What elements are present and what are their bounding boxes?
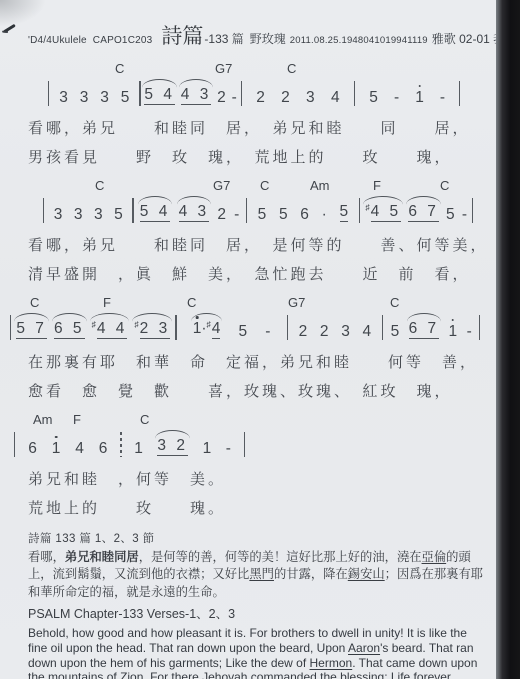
- note: -: [465, 324, 474, 340]
- music-systems: CG7C33355 44 32-22345-1-看哪，弟兄 和睦同 居， 弟兄和…: [28, 61, 488, 518]
- notation-row: 33355 44 32-22345-1-: [48, 78, 488, 109]
- lyric-line: 在那裏有耶 和華 命 定福，弟兄和睦 何等 善，: [28, 351, 488, 372]
- page-title: 詩篇: [161, 20, 203, 50]
- note: 6: [298, 207, 311, 223]
- sharp-accidental: ♯: [207, 320, 211, 329]
- note-number: 3: [54, 207, 63, 223]
- lyric-line: 荒地上的 玫 瑰。: [28, 497, 488, 518]
- note: 4 3: [177, 204, 212, 222]
- chord-label: Am: [33, 412, 53, 427]
- measure: 13 21-: [122, 429, 244, 460]
- notation-row: 5 76 5♯4 4♯2 31·♯45-223456 71-: [10, 312, 488, 343]
- text-segment: 錫安山: [348, 567, 385, 581]
- note: -: [460, 207, 469, 223]
- measure: 5 76 5♯4 4♯2 3: [11, 312, 175, 343]
- chord-label: Am: [310, 178, 330, 193]
- text-segment: 的甘露，降在: [274, 567, 348, 581]
- note-number: 6 7: [408, 204, 439, 222]
- measure: 56 71-: [383, 312, 479, 343]
- text-segment: 看哪，: [28, 550, 65, 564]
- note: 3: [52, 207, 65, 223]
- tuning-label: 'D4/4Ukulele: [28, 35, 87, 46]
- text-segment: 亞倫: [422, 550, 447, 564]
- measure: 3335: [49, 78, 139, 109]
- note-number: -: [226, 441, 231, 457]
- note-number: 5: [446, 207, 455, 223]
- note: 6: [26, 441, 39, 457]
- note-number: 6: [300, 207, 309, 223]
- note-number: 2: [217, 207, 226, 223]
- note-number: 6: [28, 441, 37, 457]
- note-number: 4 3: [179, 204, 210, 222]
- note-number: 5: [114, 207, 123, 223]
- note: 3: [72, 207, 85, 223]
- measure: 6146: [15, 429, 120, 460]
- note: -: [263, 324, 272, 340]
- note: 3: [304, 90, 317, 106]
- note-number: 2: [217, 90, 226, 106]
- note-number: 4 5: [371, 204, 402, 222]
- note: 4 3: [179, 87, 214, 105]
- note-number: 5: [369, 90, 378, 106]
- text-segment: ，是何等的善，何等的美！這好比那上好的油，澆在: [139, 550, 422, 564]
- note-number: -: [440, 90, 445, 106]
- note: -: [438, 90, 447, 106]
- text-segment: 黑門: [249, 567, 274, 581]
- note: 1: [413, 90, 426, 106]
- note: 1: [447, 324, 460, 340]
- note: 2: [297, 324, 310, 340]
- lyric-line: 弟兄和睦 ，何等 美。: [28, 468, 488, 489]
- english-verse-text: Behold, how good and how pleasant it is.…: [28, 626, 488, 679]
- measure: 5-1-: [355, 78, 459, 109]
- note-number: 3: [100, 90, 109, 106]
- note-number: 5: [340, 204, 349, 222]
- lyric-line: 清早盛開 ，眞 鮮 美， 急忙跑去 近 前 看，: [28, 263, 488, 284]
- note-number: 5: [279, 207, 288, 223]
- measure: 2234: [288, 312, 382, 343]
- note-number: 4 3: [181, 87, 212, 105]
- note-number: 3: [306, 90, 315, 106]
- note-number: -: [232, 90, 237, 106]
- note: -: [224, 441, 233, 457]
- text-segment: . For there Jehovah commanded the blessi…: [143, 670, 453, 679]
- note-number: 5 4: [144, 87, 175, 105]
- note: 5: [256, 207, 269, 223]
- note: 6 7: [406, 204, 441, 222]
- chinese-verse-reference: 詩篇 133 篇 1、2、3 節: [28, 530, 488, 546]
- measure: 5 44 32-: [134, 195, 246, 226]
- note-number: 2: [256, 90, 265, 106]
- note-number: 6 5: [54, 321, 85, 339]
- chord-label: C: [30, 295, 39, 310]
- note-number: 3 2: [157, 438, 188, 456]
- song-title: 野玫瑰: [250, 30, 286, 47]
- note-number: 4: [212, 321, 221, 339]
- title-suffix: -133 篇: [204, 30, 243, 47]
- note: 5: [237, 324, 250, 340]
- music-system: AmFC614613 21-弟兄和睦 ，何等 美。荒地上的 玫 瑰。: [28, 412, 488, 518]
- note: 5: [389, 324, 402, 340]
- note-number: 2: [281, 90, 290, 106]
- note: 5 4: [138, 204, 173, 222]
- english-verse-reference: PSALM Chapter-133 Verses-1、2、3: [28, 604, 488, 622]
- chord-label: C: [115, 61, 124, 76]
- note: 1: [201, 441, 214, 457]
- note: 4: [361, 324, 374, 340]
- note: 3 2: [155, 438, 190, 456]
- chord-label: G7: [213, 178, 230, 193]
- note: 1: [50, 441, 63, 457]
- music-system: CG7C33355 44 32-22345-1-看哪，弟兄 和睦同 居， 弟兄和…: [28, 61, 488, 167]
- measure: 5 44 32-: [141, 78, 241, 109]
- note-number: 3: [80, 90, 89, 106]
- barline: [472, 198, 473, 223]
- note: ♯2 3: [132, 321, 172, 339]
- note: 5 4: [142, 87, 177, 105]
- chord-label: C: [95, 178, 104, 193]
- note-number: 5: [239, 324, 248, 340]
- scan-edge: [496, 0, 520, 679]
- note-number: 1: [415, 90, 424, 106]
- note-number: 4: [75, 441, 84, 457]
- measure: 3335: [44, 195, 132, 226]
- note-number: 5 7: [16, 321, 47, 339]
- scanned-sheet-music-page: 'D4/4Ukulele CAPO1C203 詩篇 -133 篇 野玫瑰 201…: [0, 0, 520, 679]
- note-number: 4 4: [97, 321, 128, 339]
- note: 2: [215, 207, 228, 223]
- note: 4: [329, 90, 342, 106]
- note-number: 5: [121, 90, 130, 106]
- note: 3: [339, 324, 352, 340]
- chord-label: G7: [288, 295, 305, 310]
- sharp-accidental: ♯: [92, 320, 96, 329]
- note: ·: [320, 207, 329, 223]
- chord-row: AmFC: [14, 412, 488, 428]
- note: ♯4 5: [363, 204, 403, 222]
- note: 2: [318, 324, 331, 340]
- date-code: 2011.08.25.1948041019941119: [290, 35, 428, 46]
- chord-label: C: [390, 295, 399, 310]
- lyric-line: 男孩看見 野 玫 瑰， 荒地上的 玫 瑰，: [28, 146, 488, 167]
- barline: [459, 81, 460, 106]
- note-number: -: [467, 324, 472, 340]
- note: 2: [215, 90, 228, 106]
- note-number: 1: [134, 441, 143, 457]
- note-number: ·: [322, 207, 327, 223]
- note-number: 3: [341, 324, 350, 340]
- note: 5: [444, 207, 457, 223]
- barline: [244, 432, 245, 457]
- chord-label: C: [440, 178, 449, 193]
- note-number: 6 7: [409, 321, 440, 339]
- lyric-line: 愈看 愈 覺 歡 喜，玫瑰、玫瑰、 紅玫 瑰，: [28, 380, 488, 401]
- note-number: -: [394, 90, 399, 106]
- note: 6 7: [407, 321, 442, 339]
- note: -: [232, 207, 241, 223]
- chord-label: F: [73, 412, 81, 427]
- capo-label: CAPO1C203: [93, 35, 153, 46]
- note: 3: [78, 90, 91, 106]
- measure: 1·♯45-: [177, 312, 287, 343]
- note: 1·♯4: [191, 321, 223, 339]
- note: 3: [57, 90, 70, 106]
- note: -: [230, 90, 239, 106]
- page-content: 'D4/4Ukulele CAPO1C203 詩篇 -133 篇 野玫瑰 201…: [0, 0, 496, 679]
- chord-row: CFCG7C: [10, 295, 488, 311]
- lyric-line: 看哪，弟兄 和睦同 居， 是何等的 善、何等美，: [28, 234, 488, 255]
- note: 6 5: [52, 321, 87, 339]
- text-segment: Zion: [120, 670, 143, 679]
- notation-row: 33355 44 32-556·5♯4 56 75-: [43, 195, 488, 226]
- chord-label: C: [287, 61, 296, 76]
- note-number: 5: [391, 324, 400, 340]
- note: -: [392, 90, 401, 106]
- chord-label: F: [373, 178, 381, 193]
- note: 6: [97, 441, 110, 457]
- note: 5: [367, 90, 380, 106]
- chord-label: C: [140, 412, 149, 427]
- sharp-accidental: ♯: [134, 320, 138, 329]
- note: 5: [338, 204, 351, 222]
- measure: 556·5: [247, 195, 359, 226]
- note-number: 1: [203, 441, 212, 457]
- text-segment: Hermon: [310, 656, 353, 670]
- chord-row: CG7CAmFC: [43, 178, 488, 194]
- measure: 2234: [242, 78, 354, 109]
- note-number: 6: [99, 441, 108, 457]
- chord-label: F: [103, 295, 111, 310]
- note: 2: [254, 90, 267, 106]
- note-number: -: [234, 207, 239, 223]
- chord-label: G7: [215, 61, 232, 76]
- note-number: 1: [52, 441, 61, 457]
- note-number: 2: [299, 324, 308, 340]
- measure: ♯4 56 75-: [360, 195, 472, 226]
- note-number: 3: [74, 207, 83, 223]
- note-number: 1: [449, 324, 458, 340]
- scripture-footer: 詩篇 133 篇 1、2、3 節 看哪，弟兄和睦同居，是何等的善，何等的美！這好…: [28, 530, 488, 679]
- music-system: CG7CAmFC33355 44 32-556·5♯4 56 75-看哪，弟兄 …: [28, 178, 488, 284]
- chord-label: C: [187, 295, 196, 310]
- note: 5: [119, 90, 132, 106]
- note-number: 5: [258, 207, 267, 223]
- sharp-accidental: ♯: [365, 203, 369, 212]
- note: 5 7: [14, 321, 49, 339]
- note-number: 1: [193, 321, 202, 337]
- note-number: -: [265, 324, 270, 340]
- note: 1: [132, 441, 145, 457]
- note: ♯4 4: [90, 321, 130, 339]
- chinese-verse-text: 看哪，弟兄和睦同居，是何等的善，何等的美！這好比那上好的油，澆在亞倫的頭上，流到…: [28, 549, 488, 601]
- chord-row: CG7C: [48, 61, 488, 77]
- note: 5: [112, 207, 125, 223]
- notation-row: 614613 21-: [14, 429, 488, 460]
- barline: [479, 315, 480, 340]
- music-system: CFCG7C5 76 5♯4 4♯2 31·♯45-223456 71-在那裏有…: [28, 295, 488, 401]
- note: 4: [73, 441, 86, 457]
- text-segment: 弟兄和睦同居: [65, 550, 139, 564]
- text-segment: Aaron: [348, 641, 380, 655]
- note: 5: [277, 207, 290, 223]
- note-number: 3: [94, 207, 103, 223]
- header: 'D4/4Ukulele CAPO1C203 詩篇 -133 篇 野玫瑰 201…: [28, 20, 488, 50]
- note-number: 3: [59, 90, 68, 106]
- note-number: 4: [363, 324, 372, 340]
- lyric-line: 看哪，弟兄 和睦同 居， 弟兄和睦 同 居，: [28, 117, 488, 138]
- note-number: 5 4: [140, 204, 171, 222]
- note-number: 2: [320, 324, 329, 340]
- note: 3: [98, 90, 111, 106]
- note-number: -: [462, 207, 467, 223]
- note-number: 2 3: [140, 321, 171, 339]
- note: 2: [279, 90, 292, 106]
- chord-label: C: [260, 178, 269, 193]
- note: 3: [92, 207, 105, 223]
- note-number: 4: [331, 90, 340, 106]
